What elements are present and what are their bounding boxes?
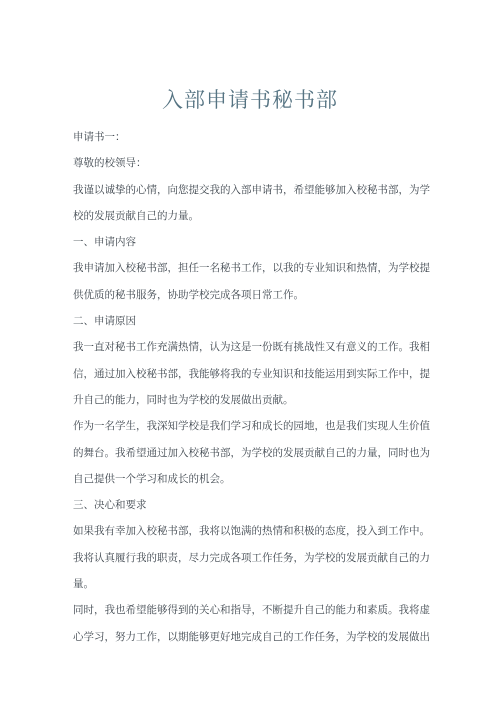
paragraph: 一、申请内容: [73, 229, 433, 255]
text-line: 如果我有幸加入校秘书部，我将以饱满的热情和积极的态度，投入到工作中。: [73, 518, 433, 544]
text-line: 同时，我也希望能够得到的关心和指导，不断提升自己的能力和素质。我将虚: [73, 597, 433, 623]
text-line: 量。: [73, 571, 433, 597]
paragraph: 申请书一：: [73, 124, 433, 150]
paragraph: 作为一名学生，我深知学校是我们学习和成长的园地，也是我们实现人生价值的舞台。我希…: [73, 413, 433, 492]
text-line: 我将认真履行我的职责，尽力完成各项工作任务，为学校的发展贡献自己的力: [73, 545, 433, 571]
text-line: 一、申请内容: [73, 229, 433, 255]
document-page: 入部申请书秘书部 申请书一：尊敬的校领导：我谨以诚挚的心情，向您提交我的入部申请…: [0, 0, 500, 707]
text-line: 升自己的能力，同时也为学校的发展做出贡献。: [73, 387, 433, 413]
text-line: 我申请加入校秘书部，担任一名秘书工作，以我的专业知识和热情，为学校提: [73, 255, 433, 281]
document-title: 入部申请书秘书部: [0, 84, 500, 114]
text-line: 的舞台。我希望通过加入校秘书部，为学校的发展贡献自己的力量，同时也为: [73, 440, 433, 466]
text-line: 尊敬的校领导：: [73, 150, 433, 176]
text-line: 三、决心和要求: [73, 492, 433, 518]
text-line: 我谨以诚挚的心情，向您提交我的入部申请书，希望能够加入校秘书部，为学: [73, 177, 433, 203]
text-line: 我一直对秘书工作充满热情，认为这是一份既有挑战性又有意义的工作。我相: [73, 334, 433, 360]
paragraph: 尊敬的校领导：: [73, 150, 433, 176]
text-line: 供优质的秘书服务，协助学校完成各项日常工作。: [73, 282, 433, 308]
paragraph: 如果我有幸加入校秘书部，我将以饱满的热情和积极的态度，投入到工作中。我将认真履行…: [73, 518, 433, 597]
text-line: 心学习，努力工作，以期能够更好地完成自己的工作任务，为学校的发展做出: [73, 624, 433, 650]
text-line: 自己提供一个学习和成长的机会。: [73, 466, 433, 492]
document-body: 申请书一：尊敬的校领导：我谨以诚挚的心情，向您提交我的入部申请书，希望能够加入校…: [73, 124, 433, 650]
paragraph: 我谨以诚挚的心情，向您提交我的入部申请书，希望能够加入校秘书部，为学校的发展贡献…: [73, 177, 433, 230]
paragraph: 我一直对秘书工作充满热情，认为这是一份既有挑战性又有意义的工作。我相信，通过加入…: [73, 334, 433, 413]
paragraph: 三、决心和要求: [73, 492, 433, 518]
paragraph: 二、申请原因: [73, 308, 433, 334]
paragraph: 我申请加入校秘书部，担任一名秘书工作，以我的专业知识和热情，为学校提供优质的秘书…: [73, 255, 433, 308]
text-line: 信，通过加入校秘书部，我能够将我的专业知识和技能运用到实际工作中，提: [73, 361, 433, 387]
text-line: 二、申请原因: [73, 308, 433, 334]
paragraph: 同时，我也希望能够得到的关心和指导，不断提升自己的能力和素质。我将虚心学习，努力…: [73, 597, 433, 650]
text-line: 申请书一：: [73, 124, 433, 150]
text-line: 作为一名学生，我深知学校是我们学习和成长的园地，也是我们实现人生价值: [73, 413, 433, 439]
text-line: 校的发展贡献自己的力量。: [73, 203, 433, 229]
